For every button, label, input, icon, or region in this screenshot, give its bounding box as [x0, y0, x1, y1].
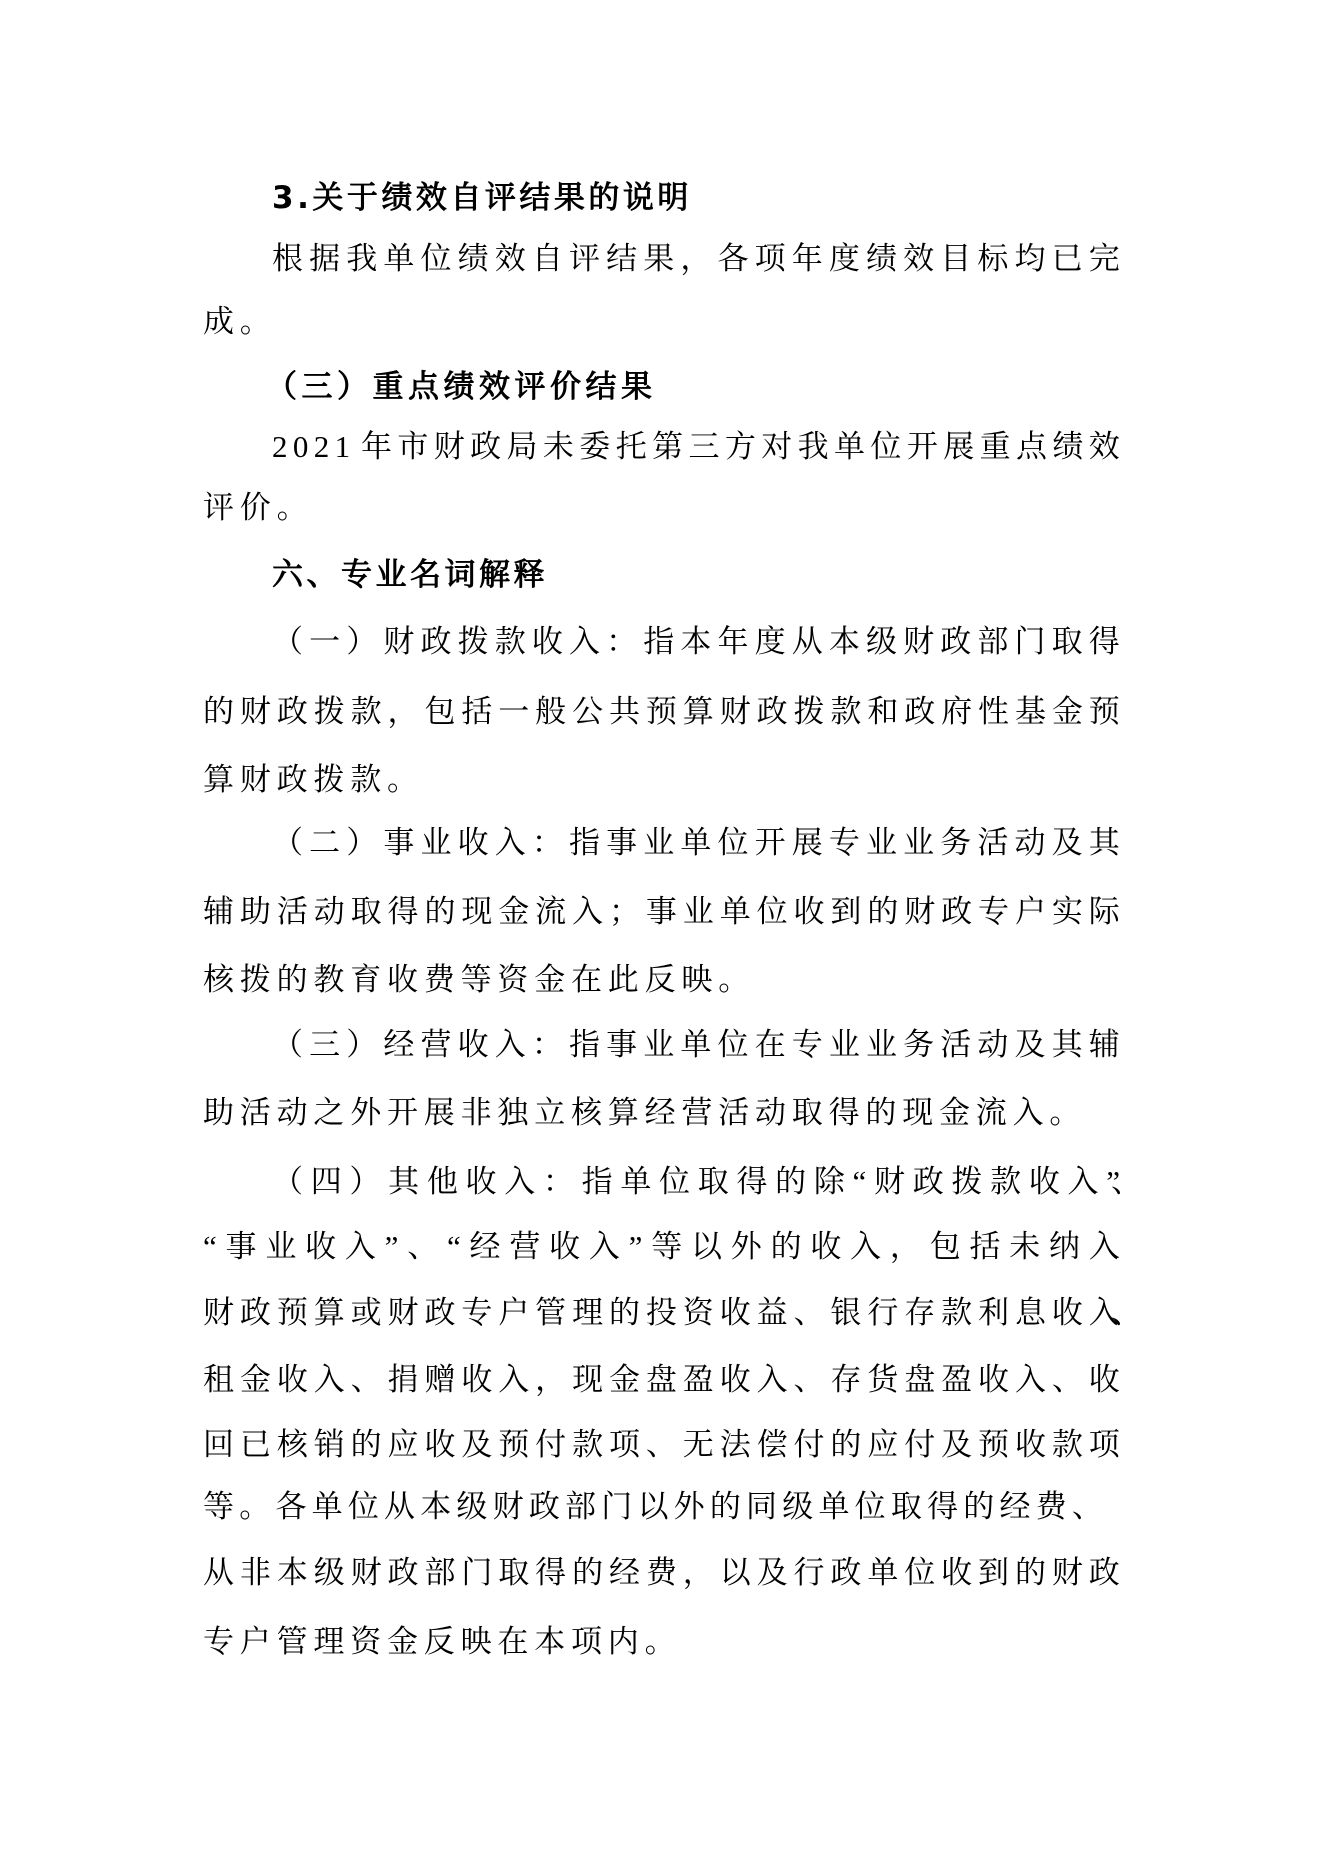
section-heading-key-evaluation: （三）重点绩效评价结果	[266, 367, 1114, 407]
term-line: 助活动之外开展非独立核算经营活动取得的现金流入。	[203, 1093, 1120, 1133]
term-line: 算财政拨款。	[203, 760, 1120, 800]
overhang-punctuation: 、	[1111, 1162, 1142, 1202]
paragraph-line: 评价。	[203, 488, 1120, 528]
paragraph-line: 根据我单位绩效自评结果，各项年度绩效目标均已完	[272, 239, 1120, 279]
term-line: 的财政拨款，包括一般公共预算财政拨款和政府性基金预	[203, 692, 1120, 732]
term-line: （二）事业收入：指事业单位开展专业业务活动及其	[272, 823, 1120, 863]
term-line: （四）其他收入：指单位取得的除“财政拨款收入”、	[272, 1162, 1120, 1202]
paragraph-line: 成。	[203, 302, 1120, 342]
paragraph-text: 成。	[203, 304, 277, 339]
paragraph-text: 评价。	[203, 490, 313, 525]
term-definition: 算财政拨款。	[203, 762, 424, 797]
term-line: 回已核销的应收及预付款项、无法偿付的应付及预收款项	[203, 1425, 1120, 1465]
section-heading-terms: 六、专业名词解释	[272, 555, 1120, 595]
term-definition: 专户管理资金反映在本项内。	[203, 1624, 681, 1659]
overhang-punctuation: 、	[1111, 1293, 1142, 1333]
term-line: 财政预算或财政专户管理的投资收益、银行存款利息收入、	[203, 1293, 1120, 1333]
heading-text: 六、专业名词解释	[272, 557, 548, 593]
term-line: 专户管理资金反映在本项内。	[203, 1622, 1120, 1662]
term-definition: 核拨的教育收费等资金在此反映。	[203, 962, 755, 997]
term-line: （三）经营收入：指事业单位在专业业务活动及其辅	[272, 1025, 1120, 1065]
term-line: 核拨的教育收费等资金在此反映。	[203, 960, 1120, 1000]
heading-text: 3.关于绩效自评结果的说明	[272, 180, 692, 216]
section-heading-self-evaluation: 3.关于绩效自评结果的说明	[272, 178, 1120, 218]
term-line: 从非本级财政部门取得的经费，以及行政单位收到的财政	[203, 1553, 1120, 1593]
term-line: 租金收入、捐赠收入，现金盘盈收入、存货盘盈收入、收	[203, 1360, 1120, 1400]
term-line: “事业收入”、“经营收入”等以外的收入，包括未纳入	[203, 1227, 1120, 1267]
term-line: 辅助活动取得的现金流入；事业单位收到的财政专户实际	[203, 892, 1120, 932]
term-line: 等。各单位从本级财政部门以外的同级单位取得的经费、	[203, 1487, 1103, 1527]
heading-text: （三）重点绩效评价结果	[266, 369, 657, 405]
term-line: （一）财政拨款收入：指本年度从本级财政部门取得	[272, 622, 1120, 662]
term-definition: 助活动之外开展非独立核算经营活动取得的现金流入。	[203, 1095, 1086, 1130]
document-page: 3.关于绩效自评结果的说明 根据我单位绩效自评结果，各项年度绩效目标均已完 成。…	[0, 0, 1324, 1871]
paragraph-line: 2021 年市财政局未委托第三方对我单位开展重点绩效	[272, 427, 1120, 467]
